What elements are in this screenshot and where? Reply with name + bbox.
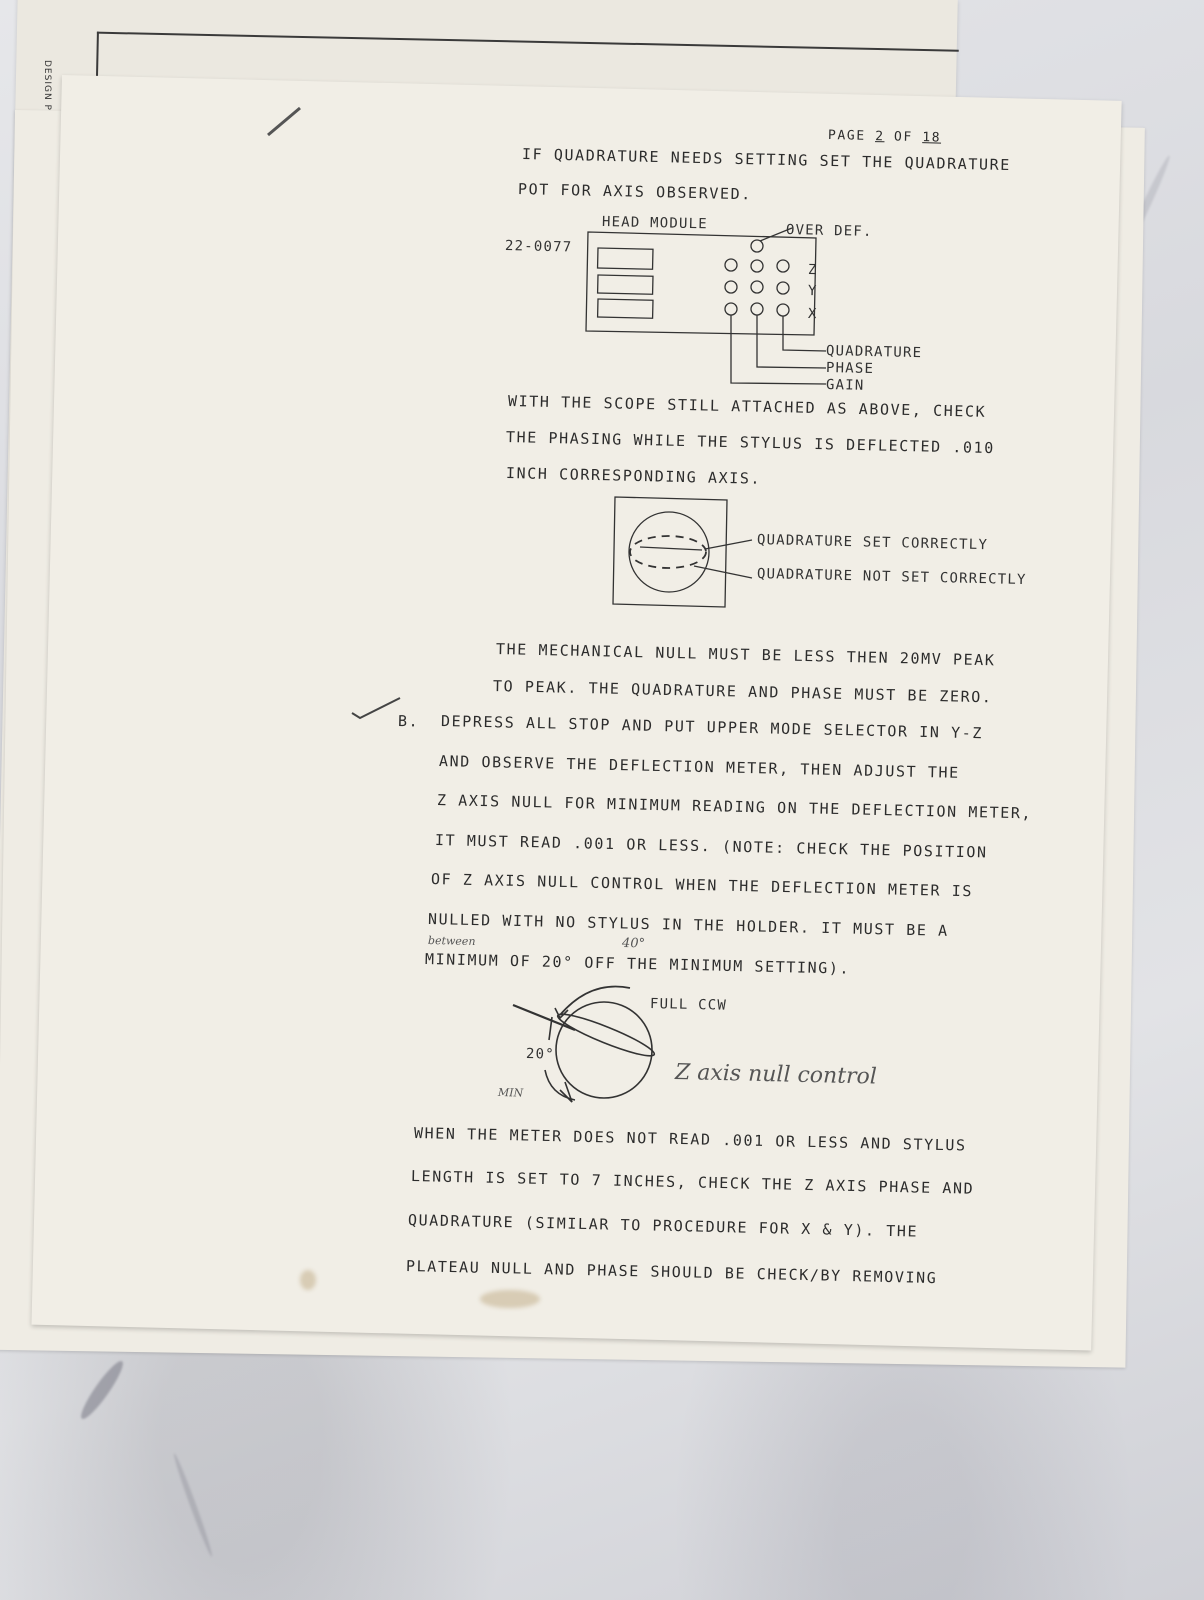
- handwritten-note: Z axis null control: [675, 1060, 877, 1090]
- min-label: MIN: [498, 1086, 524, 1100]
- document-page: PAGE 2 OF 18 IF QUADRATURE NEEDS SETTING…: [0, 0, 1204, 1600]
- full-ccw-label: FULL CCW: [650, 996, 727, 1014]
- angle-label: 20°: [526, 1046, 555, 1063]
- knob-diagram: [0, 0, 1204, 1600]
